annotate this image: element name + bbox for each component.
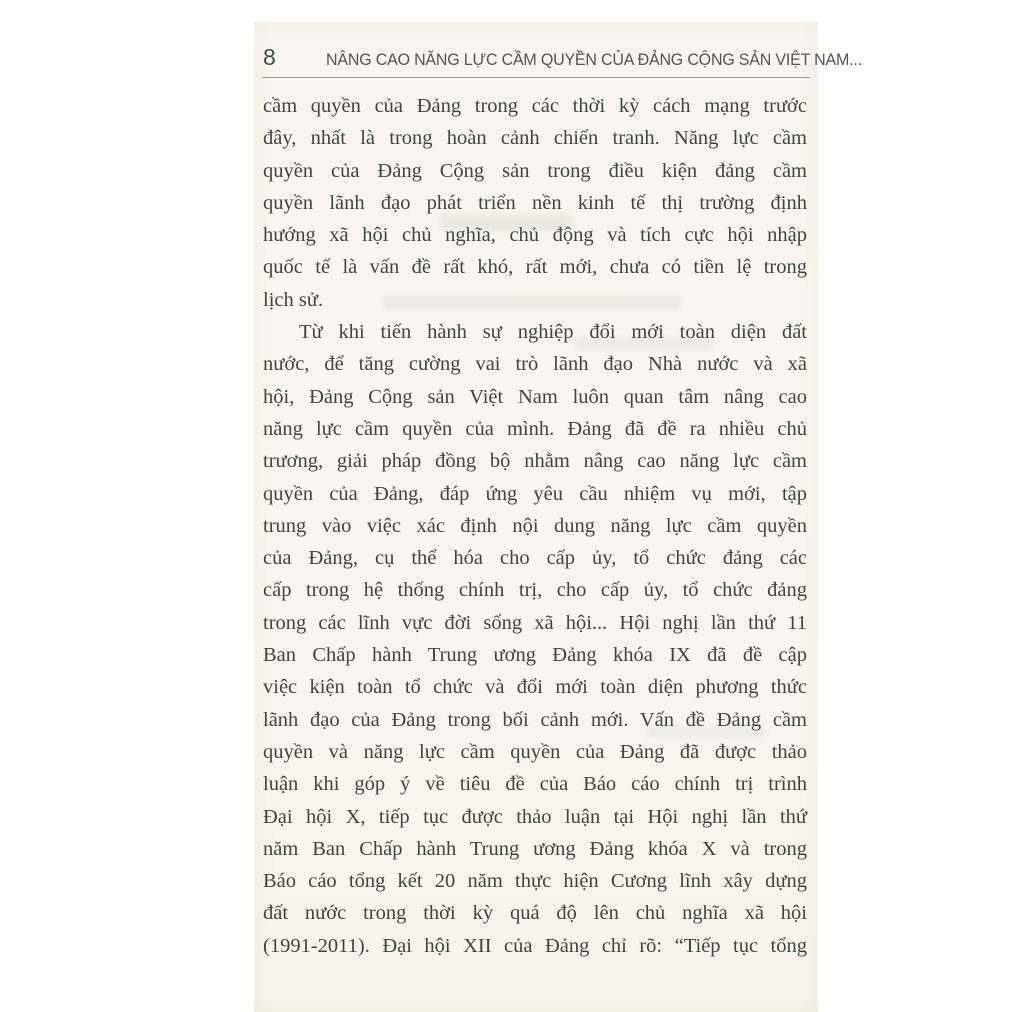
text-line: năm Ban Chấp hành Trung ương Đảng khóa X… [263,833,807,865]
text-line: việc kiện toàn tổ chức và đổi mới toàn d… [263,671,807,703]
text-line: quốc tế là vấn đề rất khó, rất mới, chưa… [263,251,807,283]
text-line: (1991-2011). Đại hội XII của Đảng chỉ rõ… [263,930,807,962]
text-line: trương, giải pháp đồng bộ nhằm nâng cao … [263,445,807,477]
body-text: cầm quyền của Đảng trong các thời kỳ các… [263,90,807,962]
text-line: Đại hội X, tiếp tục được thảo luận tại H… [263,801,807,833]
text-line: Từ khi tiến hành sự nghiệp đổi mới toàn … [263,316,807,348]
text-line: đây, nhất là trong hoàn cảnh chiến tranh… [263,122,807,154]
text-line: quyền lãnh đạo phát triển nền kinh tế th… [263,187,807,219]
text-line: cầm quyền của Đảng trong các thời kỳ các… [263,90,807,122]
running-title: NÂNG CAO NĂNG LỰC CẦM QUYỀN CỦA ĐẢNG CỘN… [326,51,862,70]
text-line: năng lực cầm quyền của mình. Đảng đã đề … [263,413,807,445]
text-line: trung vào việc xác định nội dung năng lự… [263,510,807,542]
text-line: lãnh đạo của Đảng trong bối cảnh mới. Vấ… [263,704,807,736]
text-line: đất nước trong thời kỳ quá độ lên chủ ng… [263,897,807,929]
scanned-book-page: 8 NÂNG CAO NĂNG LỰC CẦM QUYỀN CỦA ĐẢNG C… [0,0,1012,1012]
text-line: quyền của Đảng Cộng sản trong điều kiện … [263,155,807,187]
text-line: của Đảng, cụ thể hóa cho cấp ủy, tổ chức… [263,542,807,574]
text-line: quyền của Đảng, đáp ứng yêu cầu nhiệm vụ… [263,478,807,510]
page-header: 8 NÂNG CAO NĂNG LỰC CẦM QUYỀN CỦA ĐẢNG C… [263,44,809,71]
text-line: hội, Đảng Cộng sản Việt Nam luôn quan tâ… [263,381,807,413]
text-line: Báo cáo tổng kết 20 năm thực hiện Cương … [263,865,807,897]
header-rule [262,77,810,78]
text-line: trong các lĩnh vực đời sống xã hội... Hộ… [263,607,807,639]
text-line: Ban Chấp hành Trung ương Đảng khóa IX đã… [263,639,807,671]
page-number: 8 [263,44,276,71]
text-line: hướng xã hội chủ nghĩa, chủ động và tích… [263,219,807,251]
text-line: luận khi góp ý về tiêu đề của Báo cáo ch… [263,768,807,800]
page-surface: 8 NÂNG CAO NĂNG LỰC CẦM QUYỀN CỦA ĐẢNG C… [254,22,818,1012]
text-line: quyền và năng lực cầm quyền của Đảng đã … [263,736,807,768]
text-line: cấp trong hệ thống chính trị, cho cấp ủy… [263,574,807,606]
text-line: lịch sử. [263,284,807,316]
text-line: nước, để tăng cường vai trò lãnh đạo Nhà… [263,348,807,380]
